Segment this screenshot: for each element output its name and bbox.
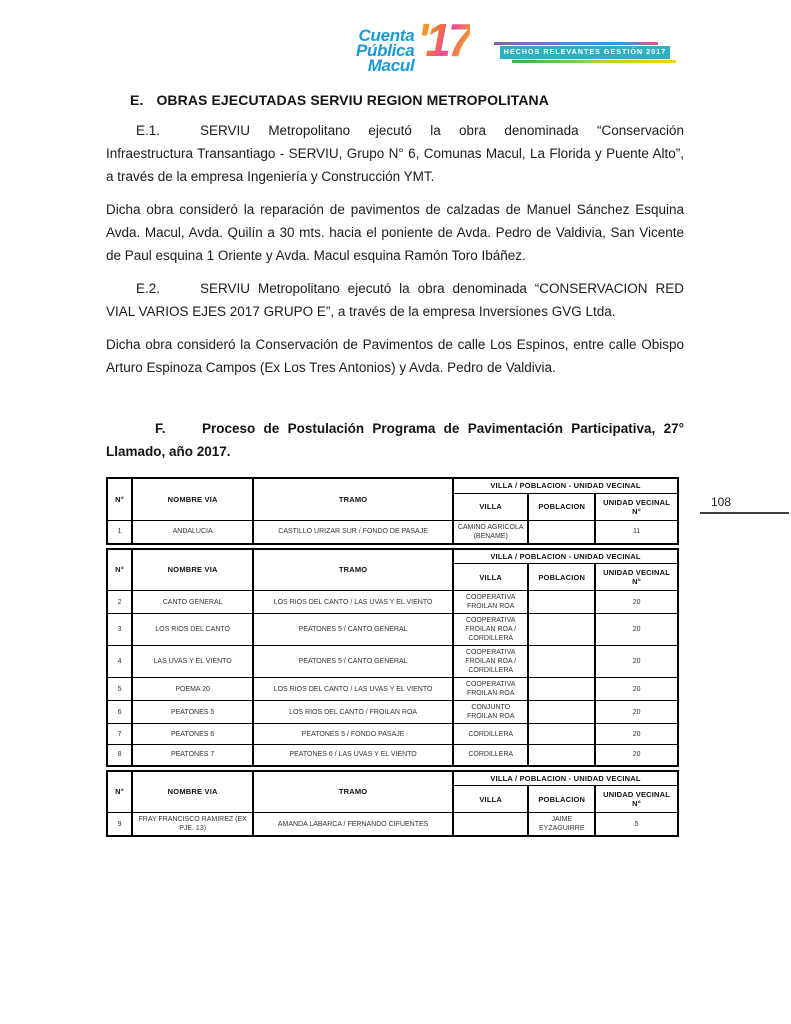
col-header-unidad-vecinal: UNIDAD VECINAL N° xyxy=(595,493,678,520)
table-row: 8 PEATONES 7 PEATONES 6 / LAS UVAS Y EL … xyxy=(107,745,678,766)
banner-bottom-stripe xyxy=(512,60,676,63)
cell-villa: COOPERATIVA FROILAN ROA xyxy=(453,591,528,614)
col-header-unidad-vecinal: UNIDAD VECINAL N° xyxy=(595,786,678,813)
table-header-row: N° NOMBRE VIA TRAMO VILLA / POBLACION - … xyxy=(107,478,678,493)
cell-tramo: PEATONES 5 / CANTO GENERAL xyxy=(253,646,453,678)
logo-word-macul: Macul xyxy=(356,58,414,73)
cell-tramo: LOS RIOS DEL CANTO / LAS UVAS Y EL VIENT… xyxy=(253,591,453,614)
cell-nombre-via: FRAY FRANCISCO RAMIREZ (EX PJE. 13) xyxy=(132,813,253,837)
cell-unidad-vecinal: 20 xyxy=(595,591,678,614)
paragraph-e1-detail: Dicha obra consideró la reparación de pa… xyxy=(106,198,684,267)
col-header-group: VILLA / POBLACION - UNIDAD VECINAL xyxy=(453,478,678,493)
cell-nombre-via: PEATONES 6 xyxy=(132,724,253,745)
pavimentacion-table-section-2: N° NOMBRE VIA TRAMO VILLA / POBLACION - … xyxy=(106,548,679,767)
cell-num: 5 xyxy=(107,678,132,701)
heading-section-e: E.OBRAS EJECUTADAS SERVIU REGION METROPO… xyxy=(106,92,684,108)
col-header-villa: VILLA xyxy=(453,786,528,813)
heading-section-f: F.Proceso de Postulación Programa de Pav… xyxy=(106,417,684,463)
cell-num: 7 xyxy=(107,724,132,745)
cell-unidad-vecinal: 20 xyxy=(595,745,678,766)
cell-poblacion xyxy=(528,591,595,614)
cell-villa: CONJUNTO FROILAN ROA xyxy=(453,701,528,724)
document-content: E.OBRAS EJECUTADAS SERVIU REGION METROPO… xyxy=(106,92,684,837)
cell-tramo: LOS RIOS DEL CANTO / LAS UVAS Y EL VIENT… xyxy=(253,678,453,701)
cell-villa: COOPERATIVA FROILAN ROA / CORDILLERA xyxy=(453,614,528,646)
cell-poblacion xyxy=(528,745,595,766)
cell-unidad-vecinal: 20 xyxy=(595,646,678,678)
table-row: 5 POEMA 20 LOS RIOS DEL CANTO / LAS UVAS… xyxy=(107,678,678,701)
pavimentacion-table-section-3: N° NOMBRE VIA TRAMO VILLA / POBLACION - … xyxy=(106,770,679,838)
col-header-villa: VILLA xyxy=(453,564,528,591)
table-row: 2 CANTO GENERAL LOS RIOS DEL CANTO / LAS… xyxy=(107,591,678,614)
heading-f-label: F. xyxy=(155,417,202,440)
col-header-poblacion: POBLACION xyxy=(528,564,595,591)
col-header-group: VILLA / POBLACION - UNIDAD VECINAL xyxy=(453,549,678,564)
cell-unidad-vecinal: 11 xyxy=(595,520,678,544)
cell-tramo: AMANDA LABARCA / FERNANDO CIFUENTES xyxy=(253,813,453,837)
cell-poblacion xyxy=(528,520,595,544)
banner-hechos-relevantes: HECHOS RELEVANTES GESTIÓN 2017 xyxy=(500,42,670,63)
cell-nombre-via: ANDALUCIA xyxy=(132,520,253,544)
pavimentacion-table-section-1: N° NOMBRE VIA TRAMO VILLA / POBLACION - … xyxy=(106,477,679,545)
cell-nombre-via: POEMA 20 xyxy=(132,678,253,701)
col-header-tramo: TRAMO xyxy=(253,771,453,813)
paragraph-e2: E.2.SERVIU Metropolitano ejecutó la obra… xyxy=(106,277,684,323)
cell-num: 6 xyxy=(107,701,132,724)
page-number: 108 xyxy=(700,495,789,514)
paragraph-e1: E.1.SERVIU Metropolitano ejecutó la obra… xyxy=(106,119,684,188)
banner-top-stripe xyxy=(494,42,658,45)
cuenta-publica-logo: Cuenta Pública Macul '17 xyxy=(356,18,470,73)
cell-num: 9 xyxy=(107,813,132,837)
cell-poblacion xyxy=(528,678,595,701)
col-header-num: N° xyxy=(107,771,132,813)
col-header-num: N° xyxy=(107,478,132,520)
cell-tramo: LOS RIOS DEL CANTO / FROILAN ROA xyxy=(253,701,453,724)
col-header-num: N° xyxy=(107,549,132,591)
cell-num: 4 xyxy=(107,646,132,678)
cell-tramo: PEATONES 5 / CANTO GENERAL xyxy=(253,614,453,646)
cell-unidad-vecinal: 20 xyxy=(595,701,678,724)
paragraph-e2-detail: Dicha obra consideró la Conservación de … xyxy=(106,333,684,379)
banner-text: HECHOS RELEVANTES GESTIÓN 2017 xyxy=(500,46,670,59)
cell-nombre-via: LOS RIOS DEL CANTO xyxy=(132,614,253,646)
logo-wordmark: Cuenta Pública Macul xyxy=(356,18,414,73)
col-header-tramo: TRAMO xyxy=(253,549,453,591)
col-header-tramo: TRAMO xyxy=(253,478,453,520)
table-row: 1 ANDALUCIA CASTILLO URIZAR SUR / FONDO … xyxy=(107,520,678,544)
cell-unidad-vecinal: 20 xyxy=(595,678,678,701)
col-header-nombre-via: NOMBRE VIA xyxy=(132,478,253,520)
cell-tramo: PEATONES 6 / LAS UVAS Y EL VIENTO xyxy=(253,745,453,766)
cell-poblacion xyxy=(528,701,595,724)
table-row: 6 PEATONES 5 LOS RIOS DEL CANTO / FROILA… xyxy=(107,701,678,724)
heading-e-label: E. xyxy=(130,92,143,108)
cell-tramo: PEATONES 5 / FONDO PASAJE xyxy=(253,724,453,745)
cell-villa: COOPERATIVA FROILAN ROA / CORDILLERA xyxy=(453,646,528,678)
table-row: 9 FRAY FRANCISCO RAMIREZ (EX PJE. 13) AM… xyxy=(107,813,678,837)
cell-poblacion xyxy=(528,614,595,646)
cell-nombre-via: PEATONES 7 xyxy=(132,745,253,766)
cell-villa: CORDILLERA xyxy=(453,745,528,766)
col-header-nombre-via: NOMBRE VIA xyxy=(132,771,253,813)
heading-e-text: OBRAS EJECUTADAS SERVIU REGION METROPOLI… xyxy=(156,92,549,108)
cell-villa: CORDILLERA xyxy=(453,724,528,745)
cell-poblacion: JAIME EYZAGUIRRE xyxy=(528,813,595,837)
col-header-poblacion: POBLACION xyxy=(528,493,595,520)
table-header-row: N° NOMBRE VIA TRAMO VILLA / POBLACION - … xyxy=(107,549,678,564)
col-header-unidad-vecinal: UNIDAD VECINAL N° xyxy=(595,564,678,591)
cell-num: 2 xyxy=(107,591,132,614)
cell-unidad-vecinal: 20 xyxy=(595,614,678,646)
cell-nombre-via: CANTO GENERAL xyxy=(132,591,253,614)
cell-tramo: CASTILLO URIZAR SUR / FONDO DE PASAJE xyxy=(253,520,453,544)
col-header-group: VILLA / POBLACION - UNIDAD VECINAL xyxy=(453,771,678,786)
cell-nombre-via: PEATONES 5 xyxy=(132,701,253,724)
cell-poblacion xyxy=(528,646,595,678)
document-page: { "logo": { "line1": "Cuenta", "line2": … xyxy=(0,0,791,1024)
table-header-row: N° NOMBRE VIA TRAMO VILLA / POBLACION - … xyxy=(107,771,678,786)
cell-nombre-via: LAS UVAS Y EL VIENTO xyxy=(132,646,253,678)
table-row: 4 LAS UVAS Y EL VIENTO PEATONES 5 / CANT… xyxy=(107,646,678,678)
paragraph-e1-label: E.1. xyxy=(136,119,200,142)
cell-villa: COOPERATIVA FROILAN ROA xyxy=(453,678,528,701)
cell-unidad-vecinal: 5 xyxy=(595,813,678,837)
col-header-nombre-via: NOMBRE VIA xyxy=(132,549,253,591)
table-row: 3 LOS RIOS DEL CANTO PEATONES 5 / CANTO … xyxy=(107,614,678,646)
col-header-poblacion: POBLACION xyxy=(528,786,595,813)
col-header-villa: VILLA xyxy=(453,493,528,520)
cell-num: 1 xyxy=(107,520,132,544)
paragraph-e2-label: E.2. xyxy=(136,277,200,300)
cell-poblacion xyxy=(528,724,595,745)
logo-year-17: '17 xyxy=(417,18,470,62)
cell-villa xyxy=(453,813,528,837)
cell-unidad-vecinal: 20 xyxy=(595,724,678,745)
cell-num: 8 xyxy=(107,745,132,766)
cell-num: 3 xyxy=(107,614,132,646)
cell-villa: CAMINO AGRICOLA (BENAME) xyxy=(453,520,528,544)
table-row: 7 PEATONES 6 PEATONES 5 / FONDO PASAJE C… xyxy=(107,724,678,745)
